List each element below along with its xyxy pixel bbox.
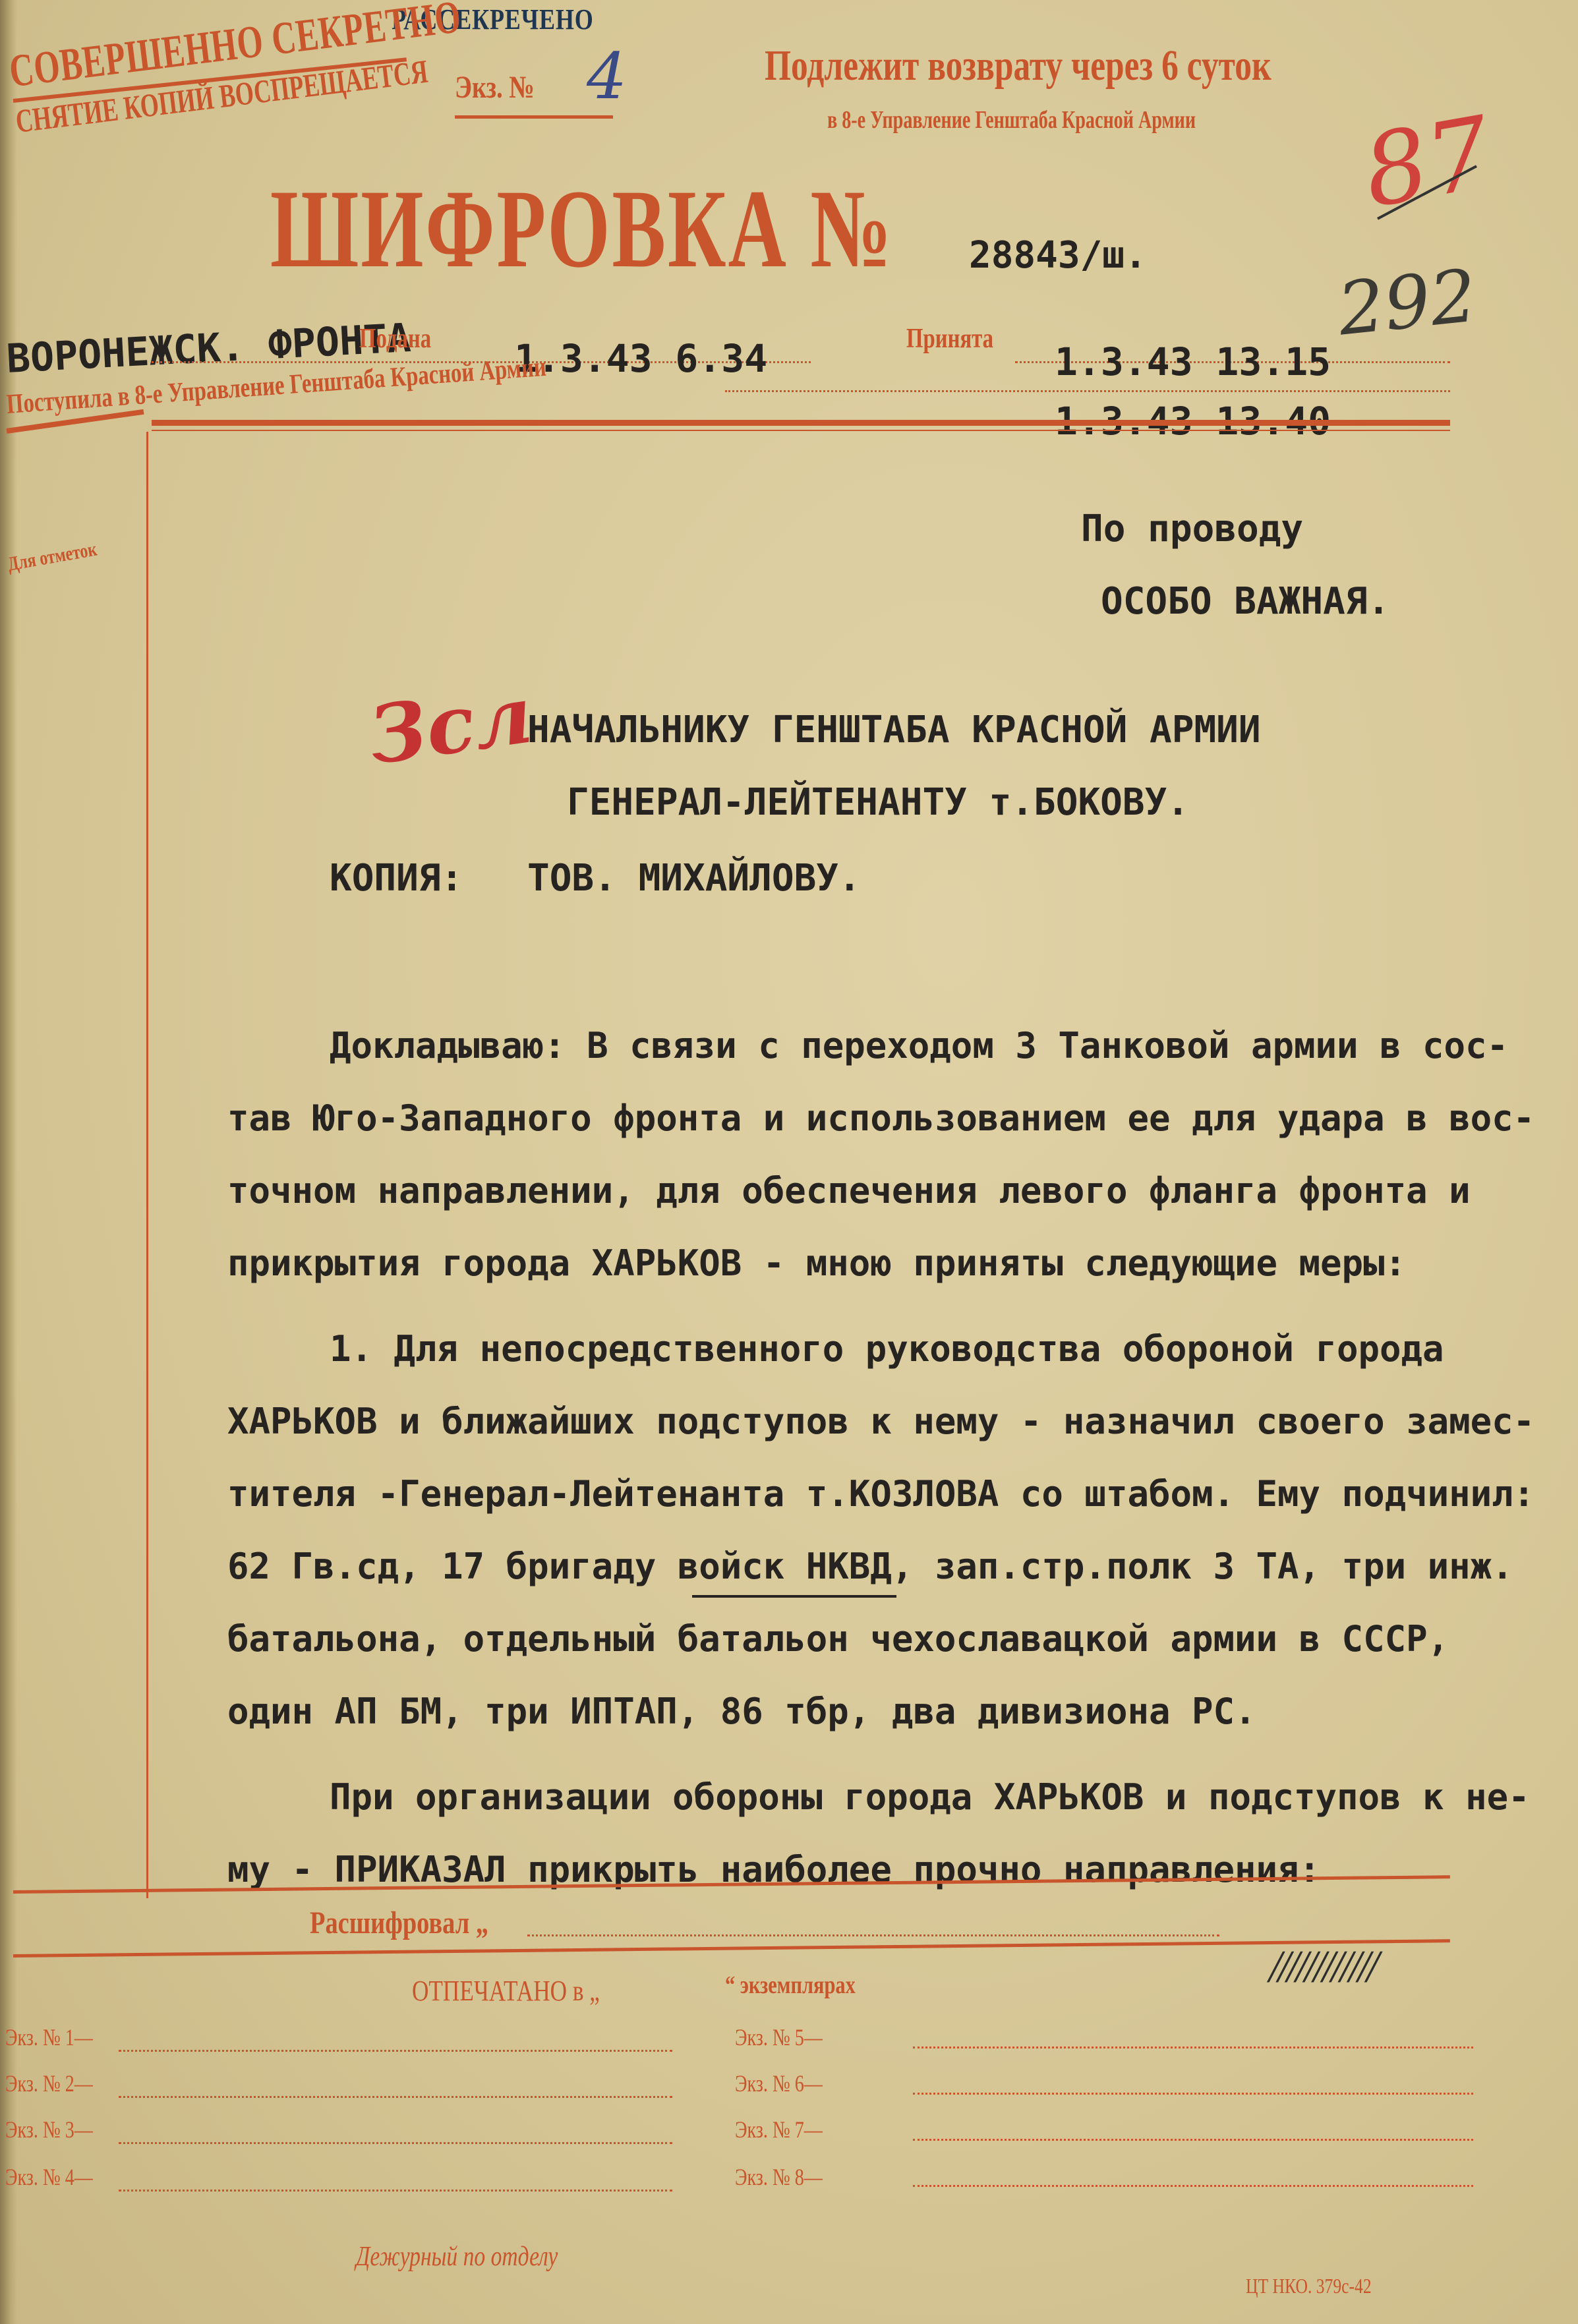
submitted-datetime: 1.3.43 6.34 <box>514 336 767 381</box>
copy-label: Экз. № 5— <box>735 2023 823 2051</box>
body-line: тав Юго-Западного фронта и использование… <box>227 1097 1534 1139</box>
copy-number-value: 4 <box>587 40 627 113</box>
copy-number-underline <box>455 115 613 119</box>
body-line: один АП БМ, три ИПТАП, 86 тбр, два дивиз… <box>227 1691 1256 1732</box>
received-datetime: 1.3.43 13.15 <box>1055 339 1331 384</box>
decrypted-by-label: Расшифровал „ <box>310 1905 488 1941</box>
copy-number-label: Экз. № <box>455 69 535 105</box>
decrypt-rule <box>13 1939 1450 1958</box>
body-line: прикрытия города ХАРЬКОВ - мною приняты … <box>227 1242 1406 1284</box>
body-line: 62 Гв.сд, 17 бригаду войск НКВД, зап.стр… <box>227 1546 1513 1587</box>
duty-officer-label: Дежурный по отделу <box>356 2241 558 2273</box>
copy-to-recipient: ТОВ. МИХАЙЛОВУ. <box>527 857 861 900</box>
copy-label: Экз. № 2— <box>5 2070 93 2097</box>
printed-copies-suffix: “ экземплярах <box>725 1971 856 2000</box>
cipher-number: 28843/ш. <box>969 234 1147 277</box>
slash-marks: //////////// <box>1269 1941 1375 1994</box>
body-line: ХАРЬКОВ и ближайших подступов к нему - н… <box>227 1401 1534 1442</box>
printed-in-label: ОТПЕЧАТАНО в „ <box>412 1974 600 2008</box>
copy-label: Экз. № 1— <box>5 2023 93 2051</box>
addressee-line-1: НАЧАЛЬНИКУ ГЕНШТАБА КРАСНОЙ АРМИИ <box>527 709 1261 751</box>
body-line: батальона, отдельный батальон чехославац… <box>227 1618 1449 1660</box>
transmission-method: По проводу <box>1081 508 1303 550</box>
margin-label: Для отметок <box>6 538 99 576</box>
addressee-line-2: ГЕНЕРАЛ-ЛЕЙТЕНАНТУ т.БОКОВУ. <box>567 781 1189 824</box>
handwritten-red-number: 87 <box>1355 96 1499 231</box>
body-line: тителя -Генерал-Лейтенанта т.КОЗЛОВА со … <box>227 1473 1534 1515</box>
return-destination: в 8-е Управление Генштаба Красной Армии <box>827 105 1196 134</box>
copy-to-label: КОПИЯ: <box>330 857 463 900</box>
arrived-dotline <box>725 390 1450 392</box>
copy-dotline <box>119 2142 672 2144</box>
document-title: ШИФРОВКА № <box>270 165 893 293</box>
decrypted-by-dotline <box>527 1934 1219 1936</box>
header-divider-thin <box>152 430 1450 431</box>
copy-label: Экз. № 8— <box>735 2163 823 2191</box>
copy-label: Экз. № 3— <box>5 2116 93 2143</box>
submitted-label: Подана <box>359 323 431 355</box>
header-divider <box>152 420 1450 426</box>
copy-dotline <box>913 2047 1473 2048</box>
copy-dotline <box>913 2093 1473 2095</box>
copy-dotline <box>913 2185 1473 2187</box>
body-line: точном направлении, для обеспечения лево… <box>227 1170 1471 1211</box>
form-code: ЦТ НКО. 379с-42 <box>1246 2274 1372 2298</box>
body-line: Докладываю: В связи с переходом 3 Танков… <box>330 1025 1508 1066</box>
copy-dotline <box>913 2139 1473 2141</box>
return-notice: Подлежит возврату через 6 суток <box>765 41 1271 91</box>
copy-label: Экз. № 6— <box>735 2070 823 2097</box>
handwritten-resolution: Зсл <box>363 668 538 782</box>
handwritten-sheet-number: 292 <box>1334 253 1480 351</box>
copy-label: Экз. № 7— <box>735 2116 823 2143</box>
body-line: При организации обороны города ХАРЬКОВ и… <box>330 1776 1530 1818</box>
copy-dotline <box>119 2050 672 2052</box>
secrecy-stamp: СОВЕРШЕННО СЕКРЕТНО СНЯТИЕ КОПИЙ ВОСПРЕЩ… <box>7 0 645 140</box>
copy-dotline <box>119 2096 672 2098</box>
nkvd-underline <box>692 1595 896 1598</box>
body-line: 1. Для непосредственного руководства обо… <box>330 1328 1444 1370</box>
margin-rule <box>146 432 148 1898</box>
copy-dotline <box>119 2190 672 2192</box>
copy-label: Экз. № 4— <box>5 2163 93 2191</box>
priority-label: ОСОБО ВАЖНАЯ. <box>1101 580 1389 623</box>
received-label: Принята <box>906 323 993 355</box>
